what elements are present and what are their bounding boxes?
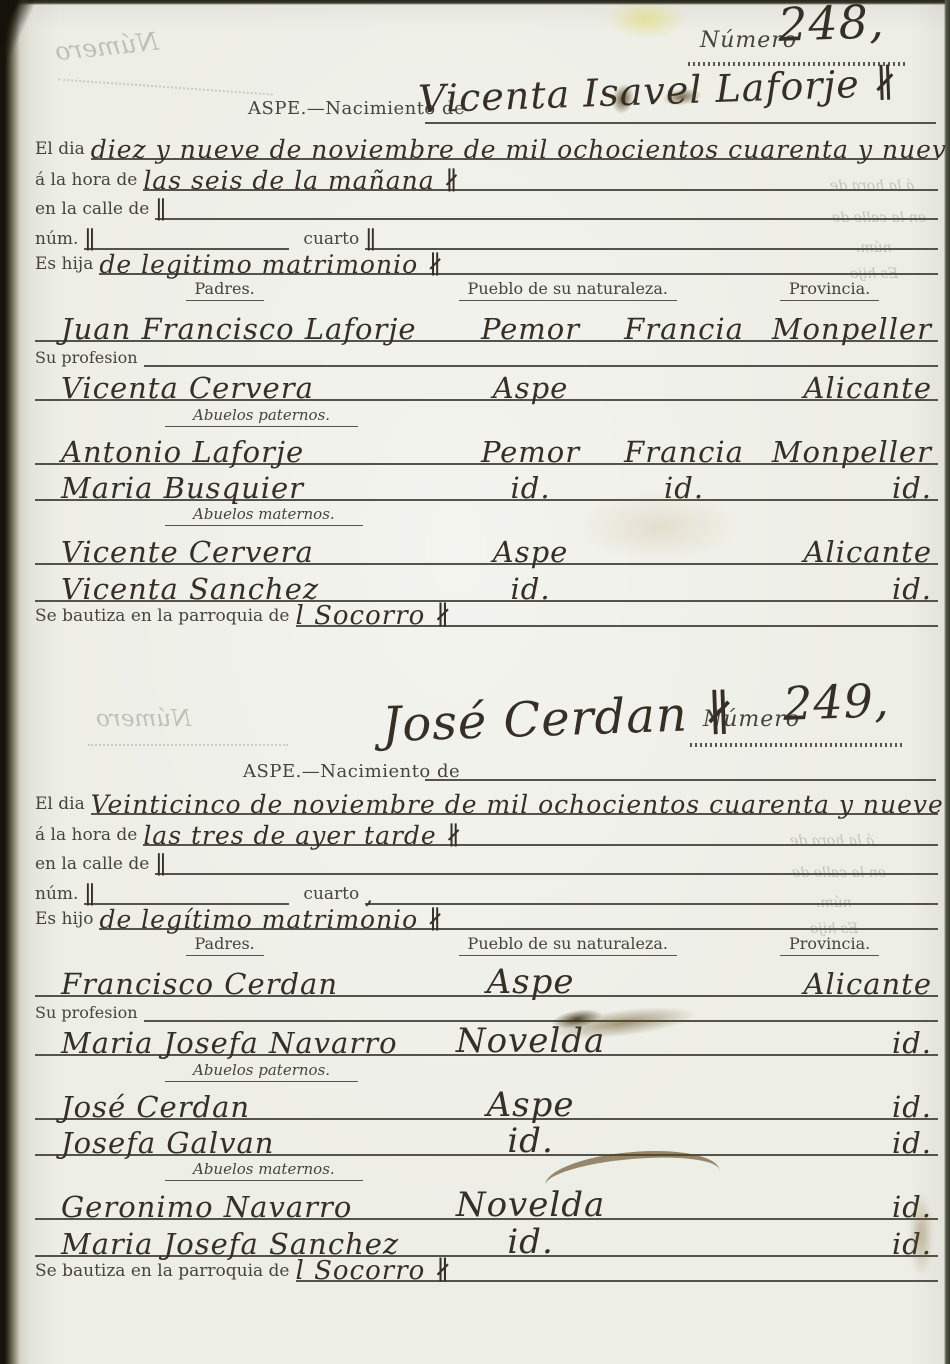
person-name: José Cerdan <box>61 1093 250 1122</box>
cell-pueblo: Aspe <box>440 961 621 995</box>
field-value: de legitimo matrimonio ∦ <box>99 252 444 277</box>
provincia-value: Monpeller <box>772 438 932 467</box>
bautiza-value: l Socorro ∦ <box>296 603 453 629</box>
cell-pueblo: Aspe <box>440 534 621 563</box>
field-hora: á la hora de las tres de ayer tarde ∦ <box>35 814 938 846</box>
field-line: diez y nueve de noviembre de mil ochocie… <box>91 133 938 160</box>
cell-pueblo: id. <box>440 1221 621 1255</box>
table-row-madre: Maria Josefa Navarro Novelda id. <box>35 1012 938 1056</box>
cell-name: Josefa Galvan <box>35 1125 440 1154</box>
field-el-dia: El dia Veinticinco de noviembre de mil o… <box>35 781 938 815</box>
cell-name: Maria Busquier <box>35 470 440 499</box>
col-header-padres: Padres. <box>186 279 264 301</box>
scan-edge-top <box>0 0 950 5</box>
col-header-pueblo: Pueblo de su naturaleza. <box>459 279 677 301</box>
cell-provincia: Monpeller <box>747 311 938 340</box>
field-hijo: Es hijo de legítimo matrimonio ∦ <box>35 898 938 930</box>
provincia-value: Alicante <box>803 538 932 567</box>
cell-name: Vicenta Cervera <box>35 370 440 399</box>
bautiza-row: Se bautiza en la parroquia de l Socorro … <box>35 599 938 627</box>
provincia-value: id. <box>892 1193 932 1222</box>
book-binding-edge <box>0 0 30 1364</box>
person-name: Maria Josefa Navarro <box>61 1029 398 1058</box>
cell-pueblo: Novelda <box>440 1020 621 1054</box>
cell-pueblo: id. <box>440 571 621 600</box>
cell-provincia: id. <box>747 1125 938 1154</box>
header-col: Pueblo de su naturaleza. <box>414 934 721 956</box>
provincia-value: id. <box>892 1029 932 1058</box>
field-value: de legítimo matrimonio ∦ <box>99 907 444 932</box>
cell-pueblo: id. <box>440 1120 621 1154</box>
header-col: Provincia. <box>721 279 938 301</box>
bautiza-value: l Socorro ∦ <box>296 1258 453 1284</box>
table-row-abuelo-materno: Vicente Cervera Aspe Alicante <box>35 521 938 565</box>
cell-name: Antonio Laforje <box>35 434 440 463</box>
cell-pueblo2: Francia <box>621 311 747 340</box>
pueblo-value: id. <box>511 474 551 503</box>
person-name: Maria Busquier <box>61 474 304 503</box>
pueblo2-value: Francia <box>624 315 744 344</box>
pueblo-value: Novelda <box>456 1024 605 1058</box>
cell-provincia: id. <box>747 1025 938 1054</box>
child-name: José Cerdan ∦ <box>381 689 736 749</box>
person-name: Francisco Cerdan <box>61 970 338 999</box>
cell-provincia: Monpeller <box>747 434 938 463</box>
child-name: Vicenta Isavel Laforje ∦ <box>417 64 898 119</box>
record-number: 248, <box>777 0 885 48</box>
book-binding-corner <box>0 0 34 120</box>
cell-name: Geronimo Navarro <box>35 1189 440 1218</box>
cell-pueblo: id. <box>440 470 621 499</box>
col-header-pueblo: Pueblo de su naturaleza. <box>459 934 677 956</box>
field-line: de legítimo matrimonio ∦ <box>99 903 938 930</box>
pueblo-value: Aspe <box>493 374 569 403</box>
header-col: Pueblo de su naturaleza. <box>414 279 721 301</box>
field-label: Es hijo <box>35 910 99 930</box>
table-headers: Padres. Pueblo de su naturaleza. Provinc… <box>35 934 938 956</box>
pueblo-value: Pemor <box>481 315 580 344</box>
col-header-padres: Padres. <box>186 934 264 956</box>
table-row-abuela-materna: Maria Josefa Sanchez id. id. <box>35 1219 938 1257</box>
cell-provincia: id. <box>747 571 938 600</box>
header-col: Padres. <box>35 934 414 956</box>
bautiza-label: Se bautiza en la parroquia de <box>35 607 296 627</box>
provincia-value: Monpeller <box>772 315 932 344</box>
field-hijo: Es hija de legitimo matrimonio ∦ <box>35 243 938 275</box>
table-row-abuela-materna: Vicenta Sanchez id. id. <box>35 564 938 602</box>
field-label: El dia <box>35 140 91 160</box>
pueblo2-value: id. <box>664 474 704 503</box>
field-label: El dia <box>35 795 91 815</box>
cell-pueblo: Pemor <box>440 434 621 463</box>
provincia-value: Alicante <box>803 970 932 999</box>
table-row-abuelo-paterno: José Cerdan Aspe id. <box>35 1078 938 1120</box>
cell-name: Vicente Cervera <box>35 534 440 563</box>
cell-pueblo: Novelda <box>440 1184 621 1218</box>
table-row-abuelo-paterno: Antonio Laforje Pemor Francia Monpeller <box>35 423 938 465</box>
cell-provincia: id. <box>747 1226 938 1255</box>
field-line: l Socorro ∦ <box>296 599 939 627</box>
field-line: de legitimo matrimonio ∦ <box>99 248 938 275</box>
field-calle: en la calle de ∥ <box>35 189 938 220</box>
cell-name: Maria Josefa Navarro <box>35 1025 440 1054</box>
table-row-abuela-paterna: Maria Busquier id. id. id. <box>35 464 938 501</box>
provincia-value: id. <box>892 474 932 503</box>
pueblo-value: Aspe <box>487 965 575 999</box>
pueblo-value: Pemor <box>481 438 580 467</box>
field-line: Veinticinco de noviembre de mil ochocien… <box>91 788 938 815</box>
provincia-value: id. <box>892 1129 932 1158</box>
person-name: Vicenta Cervera <box>61 374 314 403</box>
person-name: Geronimo Navarro <box>61 1193 352 1222</box>
cell-pueblo: Aspe <box>440 370 621 399</box>
table-row-abuela-paterna: Josefa Galvan id. id. <box>35 1119 938 1156</box>
cell-name: José Cerdan <box>35 1089 440 1118</box>
birth-record-249: Número 249, ASPE.—Nacimiento de José Cer… <box>0 655 950 1361</box>
cell-pueblo: Aspe <box>440 1084 621 1118</box>
field-line: las tres de ayer tarde ∦ <box>143 819 938 846</box>
pueblo2-value: Francia <box>624 438 744 467</box>
pueblo-value: Aspe <box>487 1088 575 1122</box>
pueblo-value: Aspe <box>493 538 569 567</box>
provincia-value: id. <box>892 1093 932 1122</box>
header-col: Padres. <box>35 279 414 301</box>
cell-provincia: id. <box>747 1089 938 1118</box>
pueblo-value: Novelda <box>456 1188 605 1222</box>
cell-provincia: Alicante <box>747 370 938 399</box>
table-row-madre: Vicenta Cervera Aspe Alicante <box>35 357 938 401</box>
cell-name: Maria Josefa Sanchez <box>35 1226 440 1255</box>
person-name: Juan Francisco Laforje <box>61 315 417 344</box>
cell-provincia: Alicante <box>747 966 938 995</box>
cell-pueblo2: id. <box>621 470 747 499</box>
field-calle: en la calle de ∥ <box>35 844 938 875</box>
cell-name: Francisco Cerdan <box>35 966 440 995</box>
scanned-register-page: { "page": { "records": [ { "numero_label… <box>0 0 950 1364</box>
provincia-value: Alicante <box>803 374 932 403</box>
field-line: las seis de la mañana ∦ <box>143 164 938 191</box>
bautiza-label: Se bautiza en la parroquia de <box>35 1262 296 1282</box>
cell-provincia: id. <box>747 470 938 499</box>
cell-name: Vicenta Sanchez <box>35 571 440 600</box>
field-label: Es hija <box>35 255 99 275</box>
numero-underline <box>690 743 905 747</box>
field-el-dia: El dia diez y nueve de noviembre de mil … <box>35 126 938 160</box>
field-line: ∥ <box>155 194 938 220</box>
cell-provincia: Alicante <box>747 534 938 563</box>
bautiza-row: Se bautiza en la parroquia de l Socorro … <box>35 1254 938 1282</box>
header-col: Provincia. <box>721 934 938 956</box>
table-row-abuelo-materno: Geronimo Navarro Novelda id. <box>35 1176 938 1220</box>
table-row-padre: Juan Francisco Laforje Pemor Francia Mon… <box>35 299 938 342</box>
table-row-padre: Francisco Cerdan Aspe Alicante <box>35 954 938 997</box>
field-line: ∥ <box>155 849 938 875</box>
person-name: Antonio Laforje <box>61 438 304 467</box>
pueblo-value: id. <box>507 1124 553 1158</box>
col-header-provincia: Provincia. <box>780 279 879 301</box>
col-header-provincia: Provincia. <box>780 934 879 956</box>
field-line: l Socorro ∦ <box>296 1254 939 1282</box>
person-name: Josefa Galvan <box>61 1129 274 1158</box>
scan-edge-right <box>944 0 950 1364</box>
record-number: 249, <box>782 677 890 727</box>
person-name: Vicente Cervera <box>61 538 314 567</box>
birth-record-248: Número 248, ASPE.—Nacimiento de Vicenta … <box>0 0 950 660</box>
cell-pueblo: Pemor <box>440 311 621 340</box>
table-headers: Padres. Pueblo de su naturaleza. Provinc… <box>35 279 938 301</box>
name-underline <box>425 122 936 124</box>
field-hora: á la hora de las seis de la mañana ∦ <box>35 159 938 191</box>
cell-pueblo2: Francia <box>621 434 747 463</box>
cell-name: Juan Francisco Laforje <box>35 311 440 340</box>
cell-provincia: id. <box>747 1189 938 1218</box>
